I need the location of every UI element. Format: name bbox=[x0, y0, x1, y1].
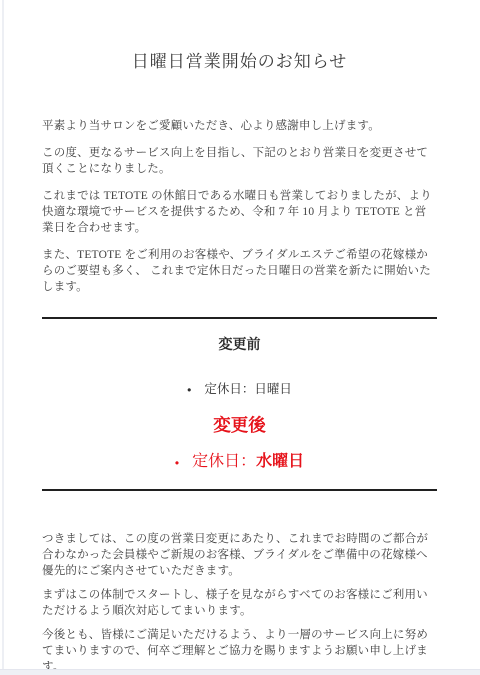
paragraph-priority-notice: つきましては、この度の営業日変更にあたり、これまでお時間のご都合が合わなかった会… bbox=[42, 531, 437, 579]
document-page: 日曜日営業開始のお知らせ 平素より当サロンをご愛顧いただき、心より感謝申し上げま… bbox=[0, 50, 480, 675]
before-bullet-item: • 定休日：日曜日 bbox=[42, 381, 437, 397]
bullet-icon: • bbox=[175, 457, 179, 469]
after-bullet-text: 定休日：水曜日 bbox=[192, 451, 304, 472]
divider-top bbox=[42, 317, 437, 319]
page-edge-bottom bbox=[0, 669, 480, 675]
paragraph-greeting: 平素より当サロンをご愛顧いただき、心より感謝申し上げます。 bbox=[42, 118, 437, 134]
before-heading: 変更前 bbox=[42, 335, 437, 353]
paragraph-closing: 今後とも、皆様にご満足いただけるよう、より一層のサービス向上に努めてまいりますの… bbox=[42, 627, 437, 675]
paragraph-change-intro: この度、更なるサービス向上を目指し、下記のとおり営業日を変更させて頂くことになり… bbox=[42, 145, 437, 177]
paragraph-tetote-schedule: これまでは TETOTE の休館日である水曜日も営業しておりましたが、より快適な… bbox=[42, 188, 437, 236]
paragraph-gradual-rollout: まずはこの体制でスタートし、様子を見ながらすべてのお客様にご利用いただけるよう順… bbox=[42, 587, 437, 619]
paragraph-sunday-open: また、TETOTE をご利用のお客様や、ブライダルエステご希望の花嫁様からのご要… bbox=[42, 247, 437, 295]
divider-bottom bbox=[42, 489, 437, 491]
after-bullet-label: 定休日： bbox=[192, 453, 256, 470]
after-bullet-item: • 定休日：水曜日 bbox=[42, 451, 437, 472]
after-bullet-value: 水曜日 bbox=[256, 453, 304, 470]
bullet-icon: • bbox=[187, 384, 191, 396]
after-heading: 変更後 bbox=[42, 415, 437, 435]
page-title: 日曜日営業開始のお知らせ bbox=[42, 50, 437, 74]
before-bullet-text: 定休日：日曜日 bbox=[204, 381, 292, 397]
